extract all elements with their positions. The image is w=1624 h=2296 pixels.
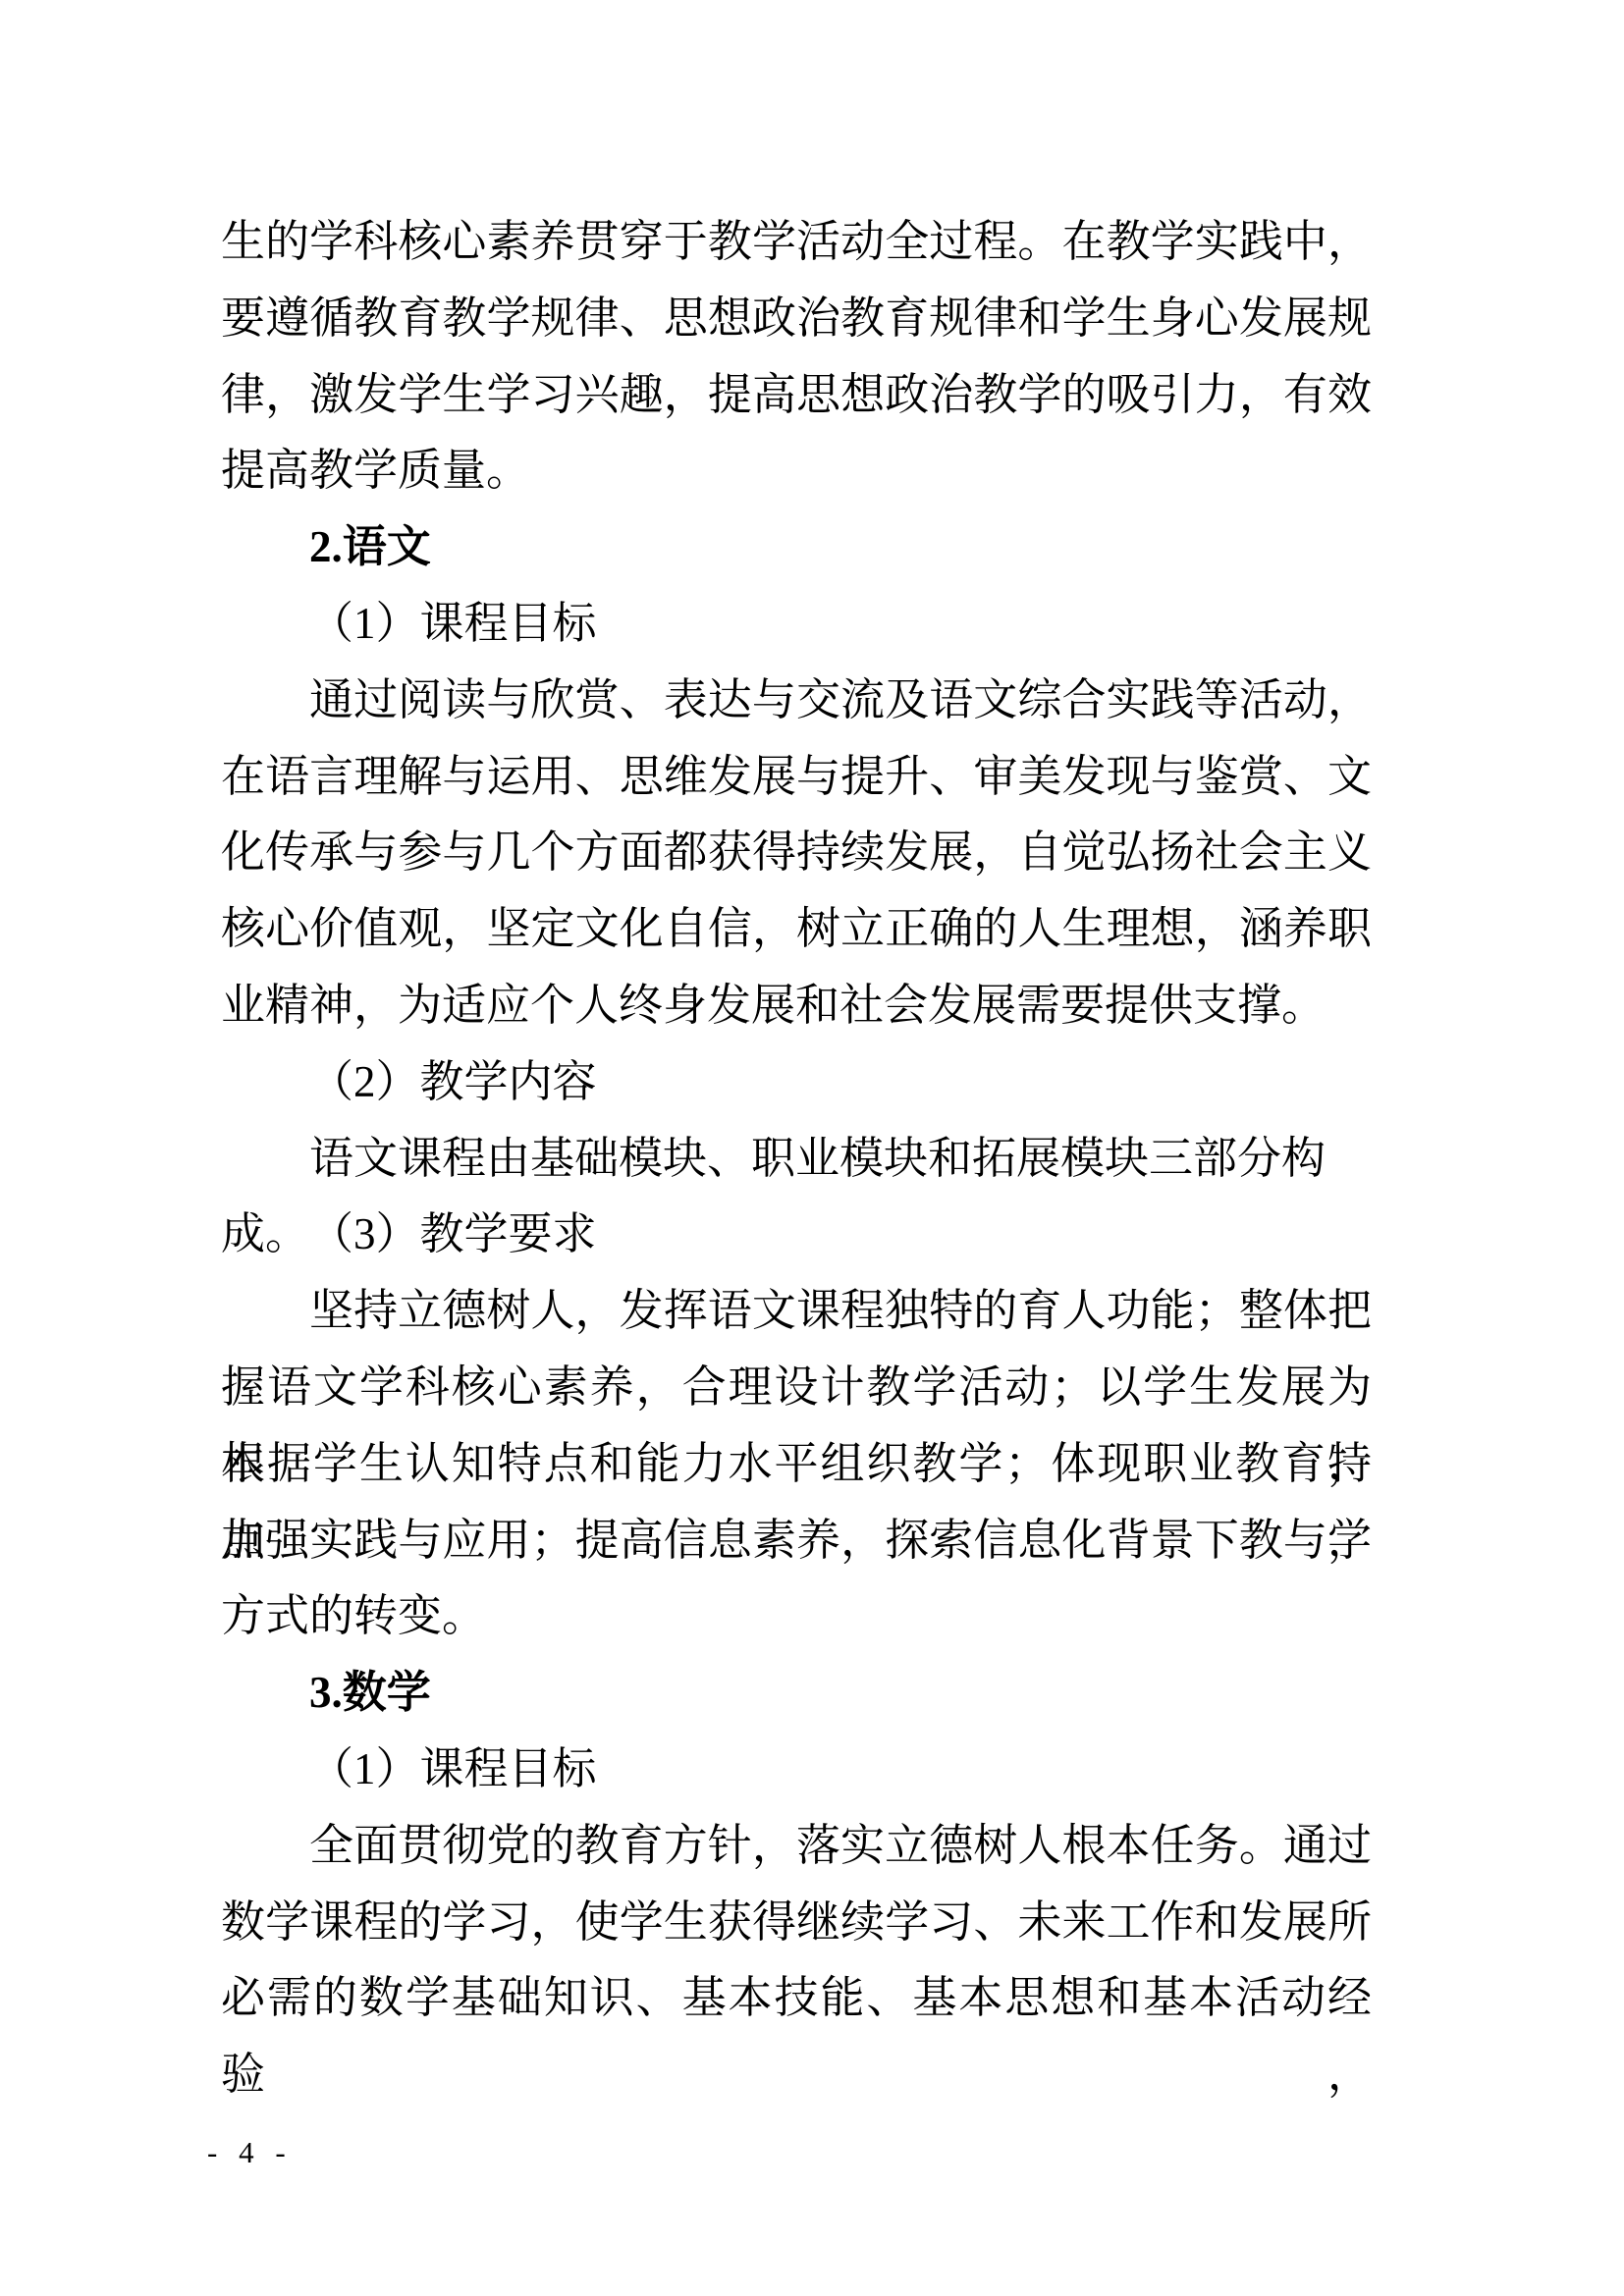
text-line: 通过阅读与欣赏、表达与交流及语文综合实践等活动， <box>221 663 1372 739</box>
text-line: 要遵循教育教学规律、思想政治教育规律和学生身心发展规 <box>221 281 1372 357</box>
text-line: 提高教学质量。 <box>221 433 1372 509</box>
text-line: 全面贯彻党的教育方针，落实立德树人根本任务。通过 <box>221 1808 1372 1885</box>
text-line: 坚持立德树人，发挥语文课程独特的育人功能；整体把 <box>221 1273 1372 1350</box>
text-line: （2）教学内容 <box>221 1044 1372 1121</box>
text-line: （3）教学要求 <box>221 1197 1372 1273</box>
document-body: 生的学科核心素养贯穿于教学活动全过程。在教学实践中，要遵循教育教学规律、思想政治… <box>221 204 1372 2037</box>
page-number: - 4 - <box>207 2132 293 2173</box>
text-line: 语文课程由基础模块、职业模块和拓展模块三部分构成。 <box>221 1121 1372 1198</box>
text-line: 握语文学科核心素养，合理设计教学活动；以学生发展为本， <box>221 1350 1372 1426</box>
text-line: 业精神，为适应个人终身发展和社会发展需要提供支撑。 <box>221 968 1372 1044</box>
text-line: 在语言理解与运用、思维发展与提升、审美发现与鉴赏、文 <box>221 739 1372 816</box>
text-line: 律，激发学生学习兴趣，提高思想政治教学的吸引力，有效 <box>221 357 1372 434</box>
text-line: 加强实践与应用；提高信息素养，探索信息化背景下教与学 <box>221 1503 1372 1579</box>
text-line: 方式的转变。 <box>221 1578 1372 1655</box>
section-heading: 2.语文 <box>221 509 1372 586</box>
text-line: 化传承与参与几个方面都获得持续发展，自觉弘扬社会主义 <box>221 815 1372 891</box>
text-line: （1）课程目标 <box>221 586 1372 663</box>
section-heading: 3.数学 <box>221 1655 1372 1732</box>
text-line: （1）课程目标 <box>221 1732 1372 1808</box>
text-line: 根据学生认知特点和能力水平组织教学；体现职业教育特点， <box>221 1426 1372 1503</box>
text-line: 核心价值观，坚定文化自信，树立正确的人生理想，涵养职 <box>221 891 1372 968</box>
document-page: 生的学科核心素养贯穿于教学活动全过程。在教学实践中，要遵循教育教学规律、思想政治… <box>0 0 1624 2296</box>
text-line: 数学课程的学习，使学生获得继续学习、未来工作和发展所 <box>221 1885 1372 1961</box>
text-line: 必需的数学基础知识、基本技能、基本思想和基本活动经验， <box>221 1960 1372 2037</box>
text-line: 生的学科核心素养贯穿于教学活动全过程。在教学实践中， <box>221 204 1372 281</box>
